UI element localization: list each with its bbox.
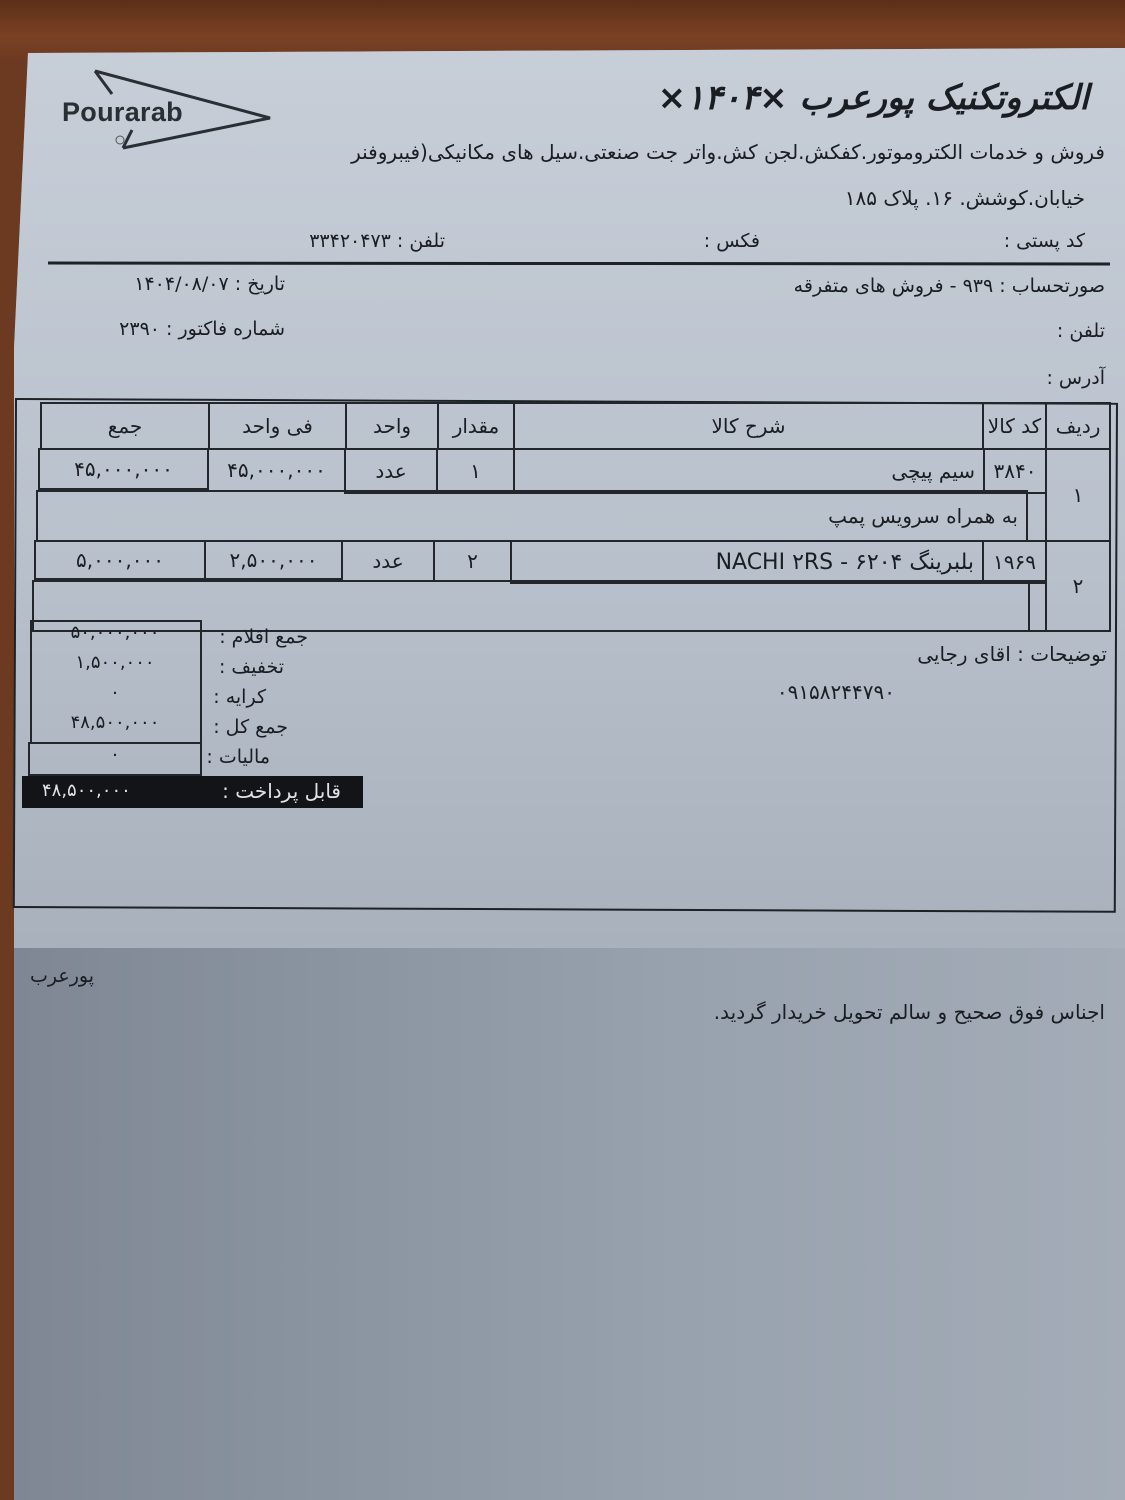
freight-label: کرایه :: [204, 686, 266, 708]
col-header-qty: مقدار: [437, 402, 515, 450]
company-phone: تلفن : ۳۳۴۲۰۴۷۳: [309, 230, 445, 252]
row2-description: بلبرینگ ۶۲۰۴ - NACHI ۲RS: [510, 540, 984, 584]
row2-index: ۲: [1045, 540, 1111, 632]
row1-qty: ۱: [436, 448, 515, 494]
phone-value: ۳۳۴۲۰۴۷۳: [309, 230, 391, 252]
row2-total: ۵,۰۰۰,۰۰۰: [34, 540, 206, 580]
customer-address-label: آدرس :: [1046, 367, 1105, 389]
col-header-description: شرح کالا: [513, 402, 984, 450]
account-value: ۹۳۹ - فروش های متفرقه: [794, 275, 994, 297]
phone-label: تلفن :: [397, 230, 445, 252]
discount-value: ۱,۵۰۰,۰۰۰: [40, 652, 190, 673]
signature: پورعرب: [30, 965, 94, 987]
col-header-unit-price: فی واحد: [208, 402, 347, 450]
tax-value: ۰: [40, 744, 190, 765]
row1-note: به همراه سرویس پمپ: [36, 490, 1028, 542]
row1-description: سیم پیچی: [513, 448, 985, 494]
fax-label: فکس :: [704, 230, 760, 252]
row2-unit-price: ۲,۵۰۰,۰۰۰: [204, 540, 343, 580]
payable-value: ۴۸,۵۰۰,۰۰۰: [42, 780, 131, 801]
company-title: الکتروتکنیک پورعرب ×۱۴۰۴×: [658, 78, 1089, 118]
customer-phone-label: تلفن :: [1057, 320, 1105, 342]
notes-value: اقای رجایی: [917, 642, 1011, 666]
totals-divider: [200, 620, 202, 778]
notes-label: توضیحات :: [1017, 642, 1107, 666]
logo-text: Pourarab: [62, 97, 183, 128]
notes-phone: ۰۹۱۵۸۲۴۴۷۹۰: [777, 680, 895, 704]
items-total-value: ۵۰,۰۰۰,۰۰۰: [40, 622, 190, 643]
freight-value: ۰: [40, 682, 190, 703]
invoice-value: ۲۳۹۰: [119, 318, 160, 340]
customer-account: صورتحساب : ۹۳۹ - فروش های متفرقه: [794, 275, 1105, 297]
row1-unit-price: ۴۵,۰۰۰,۰۰۰: [207, 448, 346, 492]
col-header-total: جمع: [40, 402, 210, 450]
delivery-confirmation: اجناس فوق صحیح و سالم تحویل خریدار گردید…: [714, 1000, 1105, 1024]
row2-note-spacer: [1028, 580, 1047, 632]
row2-code: ۱۹۶۹: [982, 540, 1047, 584]
invoice-label: شماره فاکتور :: [166, 318, 285, 340]
grand-total-label: جمع کل :: [204, 716, 288, 738]
date-label: تاریخ :: [235, 273, 285, 295]
row1-code: ۳۸۴۰: [983, 448, 1047, 494]
row2-unit: عدد: [341, 540, 435, 582]
company-address: خیابان.کوشش. ۱۶. پلاک ۱۸۵: [845, 186, 1085, 210]
col-header-row: ردیف: [1045, 402, 1111, 450]
payable-label: قابل پرداخت :: [222, 779, 341, 803]
items-total-label: جمع اقلام :: [204, 626, 308, 648]
account-label: صورتحساب :: [999, 275, 1105, 297]
row2-qty: ۲: [433, 540, 512, 582]
row1-index: ۱: [1045, 448, 1111, 542]
col-header-unit: واحد: [345, 402, 439, 450]
invoice-number: شماره فاکتور : ۲۳۹۰: [119, 318, 285, 340]
payable-bar: ۴۸,۵۰۰,۰۰۰ قابل پرداخت :: [22, 776, 363, 808]
company-services: فروش و خدمات الکتروموتور.کفکش.لجن کش.وات…: [351, 140, 1105, 164]
discount-label: تخفیف :: [204, 656, 284, 678]
col-header-code: کد کالا: [982, 402, 1047, 450]
date-value: ۱۴۰۴/۰۸/۰۷: [134, 273, 228, 295]
row1-total: ۴۵,۰۰۰,۰۰۰: [38, 448, 209, 490]
postal-code-label: کد پستی :: [1004, 230, 1085, 252]
grand-total-value: ۴۸,۵۰۰,۰۰۰: [40, 712, 190, 733]
tax-label: مالیات :: [204, 746, 270, 768]
row1-unit: عدد: [344, 448, 438, 494]
invoice-date: تاریخ : ۱۴۰۴/۰۸/۰۷: [134, 273, 285, 295]
notes: توضیحات : اقای رجایی: [917, 642, 1107, 666]
